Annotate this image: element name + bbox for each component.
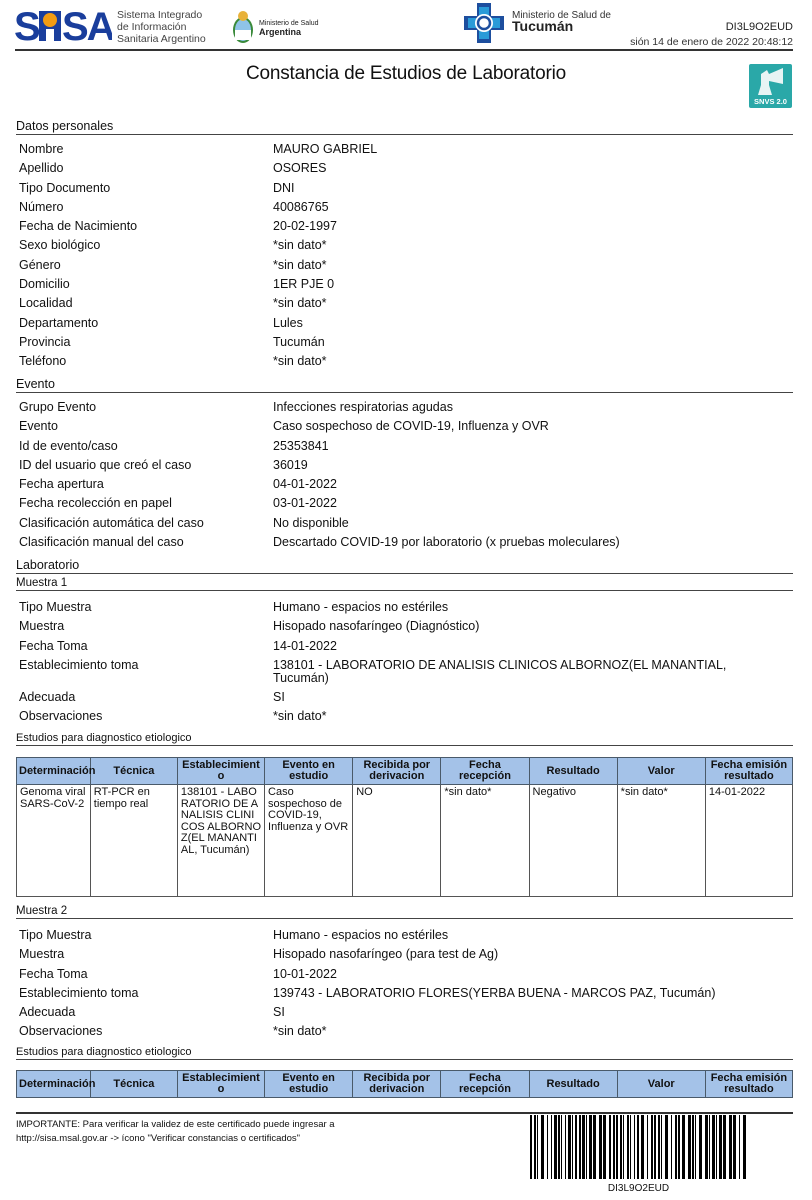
evento-row: Fecha apertura04-01-2022 <box>19 475 789 494</box>
table-header-row: Determinación Técnica Establecimient o E… <box>17 758 793 785</box>
muestra-row: MuestraHisopado nasofaríngeo (para test … <box>19 945 789 964</box>
col-header: Evento en estudio <box>265 758 353 785</box>
col-header: Recibida por derivacion <box>353 1071 441 1098</box>
document-header: S SA Sistema Integrado de Información Sa… <box>0 0 812 50</box>
page-title: Constancia de Estudios de Laboratorio <box>0 63 812 85</box>
personal-row: Género*sin dato* <box>19 256 789 275</box>
evento-data-list: Grupo EventoInfecciones respiratorias ag… <box>19 398 789 552</box>
msal-label: Ministerio de Salud Argentina <box>259 19 319 37</box>
col-header: Recibida por derivacion <box>353 758 441 785</box>
col-header: Fecha emisión resultado <box>705 1071 792 1098</box>
personal-row: Localidad*sin dato* <box>19 294 789 313</box>
cell-valor: *sin dato* <box>617 785 705 897</box>
snvs-badge: SNVS 2.0 <box>749 64 792 108</box>
cell-establecimiento: 138101 - LABORATORIO DE ANALISIS CLINICO… <box>177 785 264 897</box>
personal-row: ApellidoOSORES <box>19 159 789 178</box>
muestra-row: Fecha Toma14-01-2022 <box>19 637 789 656</box>
personal-row: ProvinciaTucumán <box>19 333 789 352</box>
svg-text:SA: SA <box>62 7 112 43</box>
personal-data-list: NombreMAURO GABRIEL ApellidoOSORES Tipo … <box>19 140 789 372</box>
muestra-1-title: Muestra 1 <box>16 577 793 591</box>
evento-row: ID del usuario que creó el caso36019 <box>19 456 789 475</box>
evento-row: Clasificación automática del casoNo disp… <box>19 514 789 533</box>
tucuman-label: Ministerio de Salud de Tucumán <box>512 10 611 32</box>
personal-row: Teléfono*sin dato* <box>19 352 789 371</box>
table-row: Genoma viral SARS-CoV-2 RT-PCR en tiempo… <box>17 785 793 897</box>
section-title-personal: Datos personales <box>16 119 793 135</box>
evento-row: EventoCaso sospechoso de COVID-19, Influ… <box>19 417 789 436</box>
argentina-coat-of-arms-icon <box>231 10 255 44</box>
col-header: Establecimient o <box>177 1071 264 1098</box>
personal-row: Tipo DocumentoDNI <box>19 179 789 198</box>
barcode-code: DI3L9O2EUD <box>530 1183 747 1194</box>
section-title-laboratorio: Laboratorio <box>16 558 793 574</box>
evento-row: Id de evento/caso25353841 <box>19 437 789 456</box>
emission-date: sión 14 de enero de 2022 20:48:12 <box>630 36 793 48</box>
cell-fecha-recepcion: *sin dato* <box>441 785 529 897</box>
personal-row: Número40086765 <box>19 198 789 217</box>
estudios-table-2: Determinación Técnica Establecimient o E… <box>16 1070 793 1098</box>
muestra-row: AdecuadaSI <box>19 1003 789 1022</box>
footer-divider <box>16 1112 793 1114</box>
verification-note: IMPORTANTE: Para verificar la validez de… <box>16 1118 335 1146</box>
col-header: Establecimient o <box>177 758 264 785</box>
col-header: Fecha recepción <box>441 758 529 785</box>
muestra-row: Establecimiento toma138101 - LABORATORIO… <box>19 656 789 688</box>
personal-row: NombreMAURO GABRIEL <box>19 140 789 159</box>
muestra-row: Fecha Toma10-01-2022 <box>19 965 789 984</box>
muestra-1-data-list: Tipo MuestraHumano - espacios no estéril… <box>19 598 789 726</box>
cell-recibida: NO <box>353 785 441 897</box>
evento-row: Grupo EventoInfecciones respiratorias ag… <box>19 398 789 417</box>
tucuman-ministry-logo <box>462 1 506 45</box>
evento-row: Clasificación manual del casoDescartado … <box>19 533 789 552</box>
cell-fecha-emision: 14-01-2022 <box>705 785 792 897</box>
cell-evento: Caso sospechoso de COVID-19, Influenza y… <box>265 785 353 897</box>
barcode <box>530 1115 747 1179</box>
muestra-2-data-list: Tipo MuestraHumano - espacios no estéril… <box>19 926 789 1042</box>
section-title-evento: Evento <box>16 377 793 393</box>
muestra-row: Tipo MuestraHumano - espacios no estéril… <box>19 598 789 617</box>
muestra-row: Tipo MuestraHumano - espacios no estéril… <box>19 926 789 945</box>
col-header: Evento en estudio <box>265 1071 353 1098</box>
svg-text:S: S <box>14 7 40 43</box>
muestra-row: AdecuadaSI <box>19 688 789 707</box>
personal-row: Fecha de Nacimiento20-02-1997 <box>19 217 789 236</box>
muestra-row: Observaciones*sin dato* <box>19 1022 789 1041</box>
document-code: DI3L9O2EUD <box>726 21 793 33</box>
cell-determinacion: Genoma viral SARS-CoV-2 <box>17 785 91 897</box>
col-header: Fecha recepción <box>441 1071 529 1098</box>
header-divider <box>15 49 793 51</box>
muestra-row: Observaciones*sin dato* <box>19 707 789 726</box>
personal-row: Sexo biológico*sin dato* <box>19 236 789 255</box>
snvs-megaphone-icon <box>749 64 792 98</box>
col-header: Resultado <box>529 1071 617 1098</box>
personal-row: DepartamentoLules <box>19 314 789 333</box>
col-header: Determinación <box>17 1071 91 1098</box>
muestra-row: MuestraHisopado nasofaríngeo (Diagnóstic… <box>19 617 789 636</box>
muestra-2-title: Muestra 2 <box>16 905 793 919</box>
personal-row: Domicilio1ER PJE 0 <box>19 275 789 294</box>
col-header: Técnica <box>90 1071 177 1098</box>
col-header: Determinación <box>17 758 91 785</box>
sisa-logo: S SA <box>14 7 112 43</box>
sisa-subtitle: Sistema Integrado de Información Sanitar… <box>117 9 227 45</box>
table-header-row: Determinación Técnica Establecimient o E… <box>17 1071 793 1098</box>
estudios-title-2: Estudios para diagnostico etiologico <box>16 1046 793 1060</box>
cell-tecnica: RT-PCR en tiempo real <box>90 785 177 897</box>
col-header: Valor <box>617 1071 705 1098</box>
col-header: Fecha emisión resultado <box>705 758 792 785</box>
estudios-title-1: Estudios para diagnostico etiologico <box>16 732 793 746</box>
col-header: Valor <box>617 758 705 785</box>
estudios-table-1: Determinación Técnica Establecimient o E… <box>16 757 793 897</box>
col-header: Resultado <box>529 758 617 785</box>
evento-row: Fecha recolección en papel03-01-2022 <box>19 494 789 513</box>
cell-resultado: Negativo <box>529 785 617 897</box>
col-header: Técnica <box>90 758 177 785</box>
muestra-row: Establecimiento toma139743 - LABORATORIO… <box>19 984 789 1003</box>
